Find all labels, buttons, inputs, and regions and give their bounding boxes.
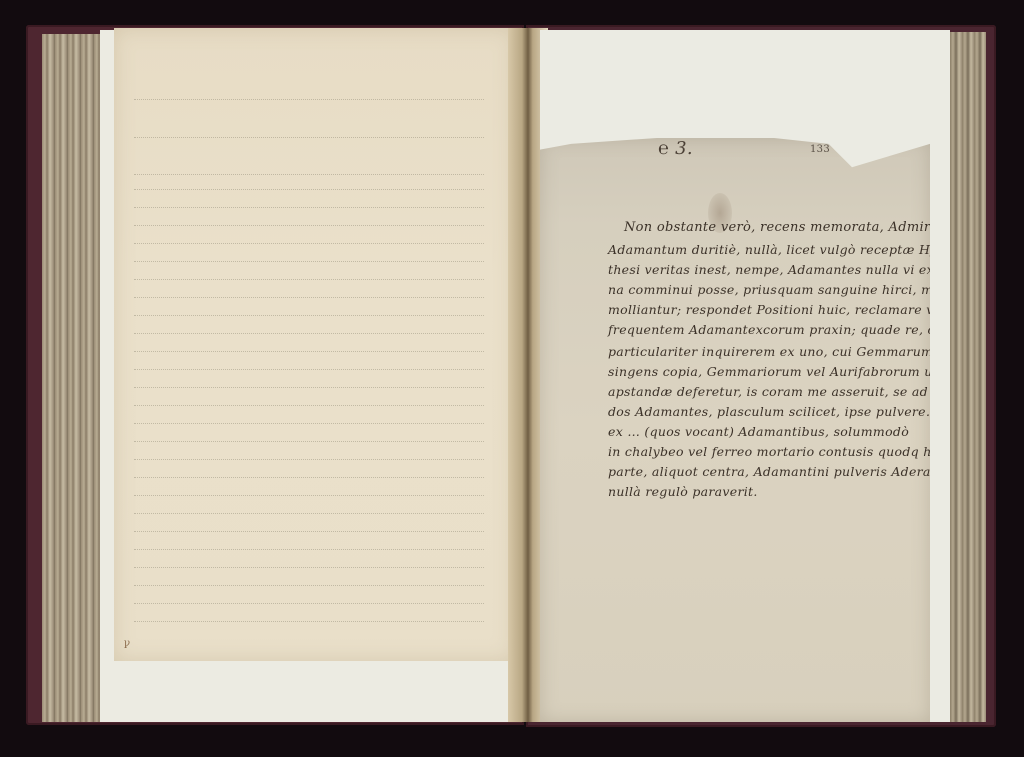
page-block-edge-left [42,34,102,722]
text-line: in chalybeo vel ferreo mortario contusis… [608,444,947,459]
text-line: parte, aliquot centra, Adamantini pulver… [608,464,967,479]
page-block-edge-right [950,32,986,722]
text-line: ex … (quos vocant) Adamantibus, solummod… [608,424,909,439]
text-line: particulariter inquirerem ex uno, cui Ge… [608,344,980,359]
text-line: molliantur; respondet Positioni huic, re… [608,302,978,317]
text-line: thesi veritas inest, nempe, Adamantes nu… [608,262,958,277]
text-line: frequentem Adamantexcorum praxin; quade … [608,322,955,337]
text-line: na comminui posse, priusquam sanguine hi… [608,282,980,297]
text-line: apstandæ deferetur, is coram me asseruit… [608,384,978,399]
text-line: singens copia, Gemmariorum vel Aurifabro… [608,364,952,379]
left-page: ꝩ [114,28,514,661]
folio-number: 133 [810,144,830,155]
section-mark: ℮ 3. [658,138,693,159]
text-line: Adamantum duritiè, nullà, licet vulgò re… [608,242,958,257]
left-page-mark: ꝩ [124,638,130,649]
text-line: dos Adamantes, plasculum scilicet, ipse … [608,404,939,419]
text-line: Non obstante verò, recens memorata, Admi… [624,220,960,235]
right-page-leaf: ℮ 3. 133 Non obstante verò, recens memor… [540,138,930,722]
text-line: nullà regulò paraverit. [608,484,758,499]
